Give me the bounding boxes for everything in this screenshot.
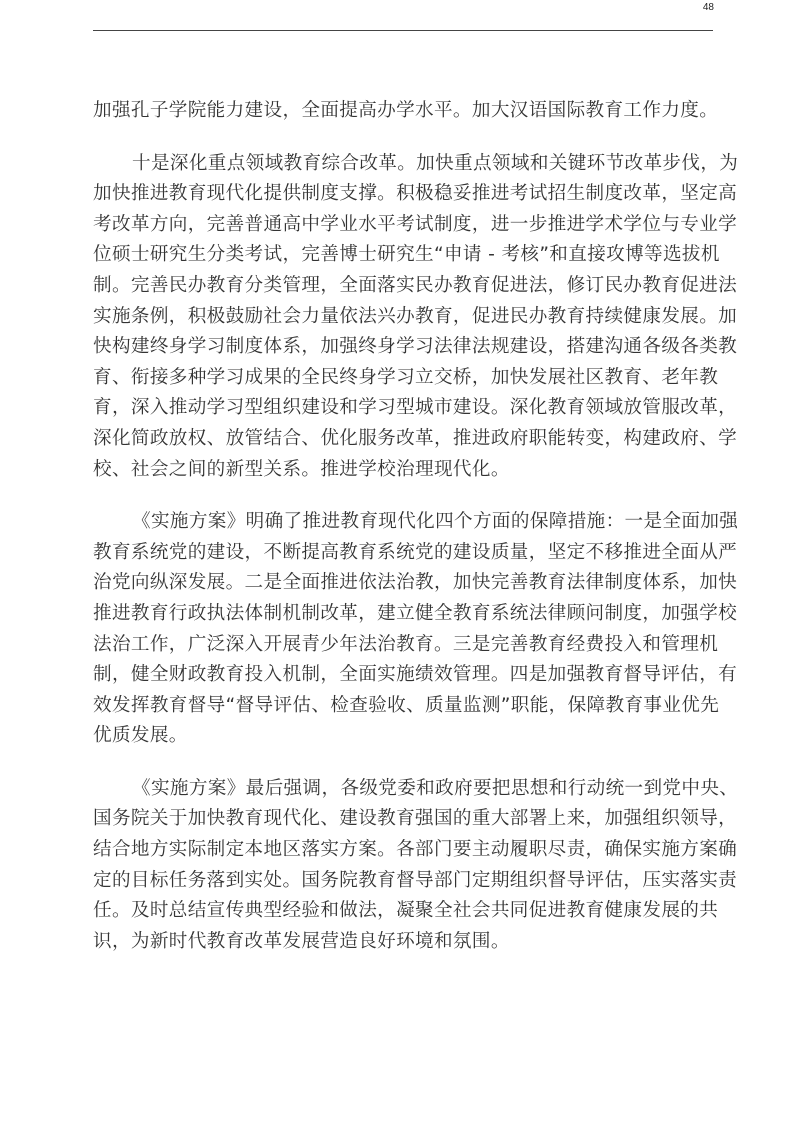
paragraph-3: 《实施方案》明确了推进教育现代化四个方面的保障措施：一是全面加强 教育系统党的建… xyxy=(93,507,713,752)
paragraph-2: 十是深化重点领域教育综合改革。加快重点领域和关键环节改革步伐，为 加快推进教育现… xyxy=(93,149,713,486)
text-line: 任。及时总结宣传典型经验和做法，凝聚全社会共同促进教育健康发展的共 xyxy=(93,896,713,927)
document-body: 加强孔子学院能力建设，全面提高办学水平。加大汉语国际教育工作力度。 十是深化重点… xyxy=(93,96,713,957)
text-line: 实施条例，积极鼓励社会力量依法兴办教育，促进民办教育持续健康发展。加 xyxy=(93,302,713,333)
text-line: 推进教育行政执法体制机制改革，建立健全教育系统法律顾问制度，加强学校 xyxy=(93,599,713,630)
text-line: 十是深化重点领域教育综合改革。加快重点领域和关键环节改革步伐，为 xyxy=(93,149,713,180)
text-line: 深化简政放权、放管结合、优化服务改革，推进政府职能转变，构建政府、学 xyxy=(93,424,713,455)
text-line: 教育系统党的建设，不断提高教育系统党的建设质量，坚定不移推进全面从严 xyxy=(93,538,713,569)
text-line: 《实施方案》最后强调，各级党委和政府要把思想和行动统一到党中央、 xyxy=(93,774,713,805)
text-line: 育，深入推动学习型组织建设和学习型城市建设。深化教育领域放管服改革， xyxy=(93,393,713,424)
text-line: 国务院关于加快教育现代化、建设教育强国的重大部署上来，加强组织领导， xyxy=(93,804,713,835)
text-line: 加快推进教育现代化提供制度支撑。积极稳妥推进考试招生制度改革，坚定高 xyxy=(93,179,713,210)
header-rule xyxy=(93,30,713,31)
text-line: 育、衔接多种学习成果的全民终身学习立交桥，加快发展社区教育、老年教 xyxy=(93,363,713,394)
text-line: 法治工作，广泛深入开展青少年法治教育。三是完善教育经费投入和管理机 xyxy=(93,630,713,661)
text-line: 效发挥教育督导“督导评估、检查验收、质量监测”职能，保障教育事业优先 xyxy=(93,691,713,722)
text-line: 优质发展。 xyxy=(93,721,713,752)
page-number: 48 xyxy=(688,2,714,13)
text-line: 校、社会之间的新型关系。推进学校治理现代化。 xyxy=(93,455,713,486)
text-line: 结合地方实际制定本地区落实方案。各部门要主动履职尽责，确保实施方案确 xyxy=(93,835,713,866)
text-line: 治党向纵深发展。二是全面推进依法治教，加快完善教育法律制度体系，加快 xyxy=(93,568,713,599)
text-line: 制。完善民办教育分类管理，全面落实民办教育促进法，修订民办教育促进法 xyxy=(93,271,713,302)
text-line: 位硕士研究生分类考试，完善博士研究生“申请 - 考核”和直接攻博等选拔机 xyxy=(93,240,713,271)
text-line: 定的目标任务落到实处。国务院教育督导部门定期组织督导评估，压实落实责 xyxy=(93,866,713,897)
paragraph-4: 《实施方案》最后强调，各级党委和政府要把思想和行动统一到党中央、 国务院关于加快… xyxy=(93,774,713,958)
text-line: 加强孔子学院能力建设，全面提高办学水平。加大汉语国际教育工作力度。 xyxy=(93,96,713,127)
paragraph-1: 加强孔子学院能力建设，全面提高办学水平。加大汉语国际教育工作力度。 xyxy=(93,96,713,127)
text-line: 《实施方案》明确了推进教育现代化四个方面的保障措施：一是全面加强 xyxy=(93,507,713,538)
text-line: 快构建终身学习制度体系，加强终身学习法律法规建设，搭建沟通各级各类教 xyxy=(93,332,713,363)
text-line: 制，健全财政教育投入机制，全面实施绩效管理。四是加强教育督导评估，有 xyxy=(93,660,713,691)
text-line: 考改革方向，完善普通高中学业水平考试制度，进一步推进学术学位与专业学 xyxy=(93,210,713,241)
text-line: 识，为新时代教育改革发展营造良好环境和氛围。 xyxy=(93,927,713,958)
